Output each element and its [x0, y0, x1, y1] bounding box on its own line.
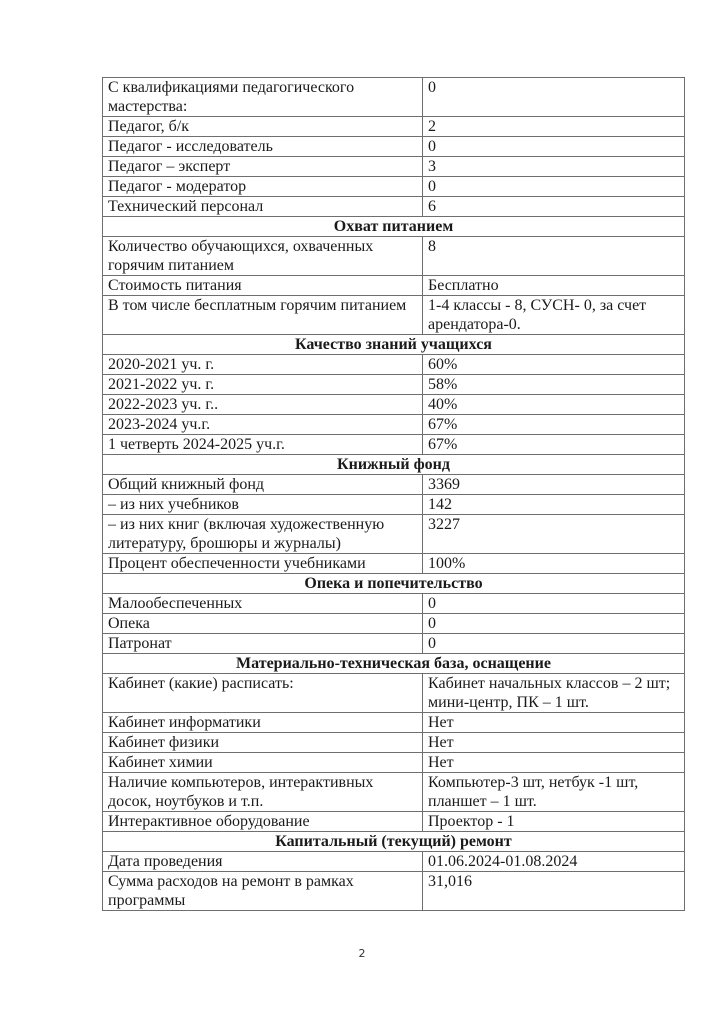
table-row: 2023-2024 уч.г.67% [103, 415, 685, 435]
page-number: 2 [0, 947, 724, 960]
row-label: Кабинет физики [103, 733, 423, 753]
table-row: – из них книг (включая художественную ли… [103, 515, 685, 554]
table-row: Технический персонал6 [103, 197, 685, 217]
row-value: Нет [423, 753, 685, 773]
table-body: С квалификациями педагогического мастерс… [103, 78, 685, 911]
row-value: 8 [423, 237, 685, 276]
table-row: 2020-2021 уч. г.60% [103, 355, 685, 375]
section-header-row: Материально-техническая база, оснащение [103, 654, 685, 674]
section-title: Охват питанием [103, 217, 685, 237]
row-value: 3 [423, 157, 685, 177]
row-value: 0 [423, 78, 685, 117]
row-value: 60% [423, 355, 685, 375]
table-row: Педагог - исследователь0 [103, 137, 685, 157]
row-label: С квалификациями педагогического мастерс… [103, 78, 423, 117]
section-title: Качество знаний учащихся [103, 335, 685, 355]
table-row: – из них учебников142 [103, 495, 685, 515]
row-value: 3227 [423, 515, 685, 554]
row-value: 6 [423, 197, 685, 217]
row-value: 3369 [423, 475, 685, 495]
row-label: 2021-2022 уч. г. [103, 375, 423, 395]
row-label: Общий книжный фонд [103, 475, 423, 495]
section-header-row: Опека и попечительство [103, 574, 685, 594]
row-label: В том числе бесплатным горячим питанием [103, 296, 423, 335]
row-value: Бесплатно [423, 276, 685, 296]
row-value: 67% [423, 415, 685, 435]
table-row: Кабинет (какие) расписать:Кабинет началь… [103, 674, 685, 713]
row-value: 58% [423, 375, 685, 395]
table-row: С квалификациями педагогического мастерс… [103, 78, 685, 117]
row-value: Кабинет начальных классов – 2 шт; мини-ц… [423, 674, 685, 713]
row-value: 0 [423, 594, 685, 614]
table-row: Опека0 [103, 614, 685, 634]
row-label: 2022-2023 уч. г.. [103, 395, 423, 415]
table-row: 2021-2022 уч. г.58% [103, 375, 685, 395]
row-label: Педагог - модератор [103, 177, 423, 197]
table-row: Кабинет информатикиНет [103, 713, 685, 733]
row-value: 31,016 [423, 872, 685, 911]
row-value: Проектор - 1 [423, 812, 685, 832]
section-title: Капитальный (текущий) ремонт [103, 832, 685, 852]
table-row: Интерактивное оборудованиеПроектор - 1 [103, 812, 685, 832]
table-row: Наличие компьютеров, интерактивных досок… [103, 773, 685, 812]
document-page: С квалификациями педагогического мастерс… [0, 0, 724, 1024]
row-label: Стоимость питания [103, 276, 423, 296]
row-value: 0 [423, 177, 685, 197]
table-row: Кабинет физикиНет [103, 733, 685, 753]
table-row: Педагог, б/к2 [103, 117, 685, 137]
table-row: 1 четверть 2024-2025 уч.г.67% [103, 435, 685, 455]
row-label: 2023-2024 уч.г. [103, 415, 423, 435]
table-row: Количество обучающихся, охваченных горяч… [103, 237, 685, 276]
school-info-table: С квалификациями педагогического мастерс… [102, 77, 685, 911]
row-label: Наличие компьютеров, интерактивных досок… [103, 773, 423, 812]
section-title: Опека и попечительство [103, 574, 685, 594]
row-label: Технический персонал [103, 197, 423, 217]
row-label: – из них книг (включая художественную ли… [103, 515, 423, 554]
section-header-row: Капитальный (текущий) ремонт [103, 832, 685, 852]
table-row: Сумма расходов на ремонт в рамках програ… [103, 872, 685, 911]
row-value: 100% [423, 554, 685, 574]
row-label: Кабинет (какие) расписать: [103, 674, 423, 713]
row-value: 67% [423, 435, 685, 455]
section-title: Материально-техническая база, оснащение [103, 654, 685, 674]
section-header-row: Качество знаний учащихся [103, 335, 685, 355]
section-header-row: Книжный фонд [103, 455, 685, 475]
table-row: Патронат0 [103, 634, 685, 654]
row-label: – из них учебников [103, 495, 423, 515]
table-row: 2022-2023 уч. г..40% [103, 395, 685, 415]
row-label: Педагог, б/к [103, 117, 423, 137]
table-row: Кабинет химииНет [103, 753, 685, 773]
row-value: 0 [423, 634, 685, 654]
row-label: Опека [103, 614, 423, 634]
row-label: Интерактивное оборудование [103, 812, 423, 832]
row-label: Сумма расходов на ремонт в рамках програ… [103, 872, 423, 911]
section-header-row: Охват питанием [103, 217, 685, 237]
row-value: 1-4 классы - 8, СУСН- 0, за счет арендат… [423, 296, 685, 335]
section-title: Книжный фонд [103, 455, 685, 475]
row-value: Нет [423, 733, 685, 753]
row-label: Количество обучающихся, охваченных горяч… [103, 237, 423, 276]
table-row: Процент обеспеченности учебниками100% [103, 554, 685, 574]
row-label: 1 четверть 2024-2025 уч.г. [103, 435, 423, 455]
table-row: Малообеспеченных0 [103, 594, 685, 614]
row-value: 142 [423, 495, 685, 515]
row-value: 0 [423, 137, 685, 157]
row-value: 0 [423, 614, 685, 634]
row-label: Кабинет химии [103, 753, 423, 773]
table-row: Дата проведения01.06.2024-01.08.2024 [103, 852, 685, 872]
row-value: Компьютер-3 шт, нетбук -1 шт, планшет – … [423, 773, 685, 812]
table-row: Педагог – эксперт3 [103, 157, 685, 177]
table-row: Общий книжный фонд3369 [103, 475, 685, 495]
row-value: 40% [423, 395, 685, 415]
row-label: Педагог - исследователь [103, 137, 423, 157]
table-row: Педагог - модератор0 [103, 177, 685, 197]
row-label: Педагог – эксперт [103, 157, 423, 177]
row-label: Патронат [103, 634, 423, 654]
row-value: 01.06.2024-01.08.2024 [423, 852, 685, 872]
row-label: Малообеспеченных [103, 594, 423, 614]
row-label: Процент обеспеченности учебниками [103, 554, 423, 574]
row-label: Дата проведения [103, 852, 423, 872]
row-value: 2 [423, 117, 685, 137]
row-label: 2020-2021 уч. г. [103, 355, 423, 375]
row-value: Нет [423, 713, 685, 733]
table-row: В том числе бесплатным горячим питанием1… [103, 296, 685, 335]
table-row: Стоимость питанияБесплатно [103, 276, 685, 296]
row-label: Кабинет информатики [103, 713, 423, 733]
